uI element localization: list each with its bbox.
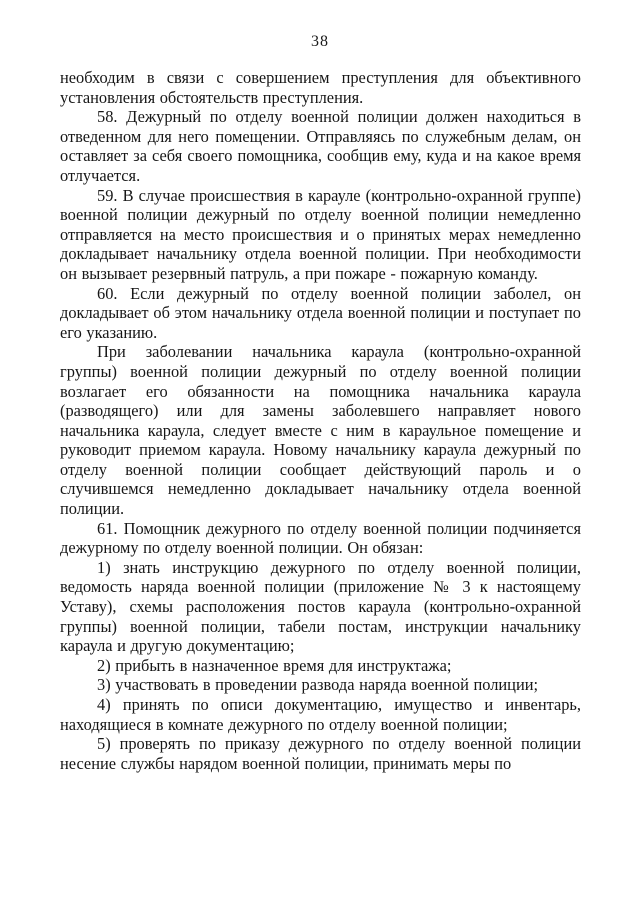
list-item-1: 1) знать инструкцию дежурного по отделу … (60, 558, 581, 656)
document-body: необходим в связи с совершением преступл… (60, 68, 581, 773)
document-page: 38 необходим в связи с совершением прест… (0, 0, 640, 905)
paragraph-61: 61. Помощник дежурного по отделу военной… (60, 519, 581, 558)
list-item-2: 2) прибыть в назначенное время для инстр… (60, 656, 581, 676)
paragraph-continuation: необходим в связи с совершением преступл… (60, 68, 581, 107)
list-item-3: 3) участвовать в проведении развода наря… (60, 675, 581, 695)
page-number: 38 (0, 33, 640, 51)
list-item-5: 5) проверять по приказу дежурного по отд… (60, 734, 581, 773)
paragraph-58: 58. Дежурный по отделу военной полиции д… (60, 107, 581, 185)
paragraph-60-continued: При заболевании начальника караула (конт… (60, 342, 581, 518)
paragraph-59: 59. В случае происшествия в карауле (кон… (60, 186, 581, 284)
list-item-4: 4) принять по описи документацию, имущес… (60, 695, 581, 734)
paragraph-60: 60. Если дежурный по отделу военной поли… (60, 284, 581, 343)
